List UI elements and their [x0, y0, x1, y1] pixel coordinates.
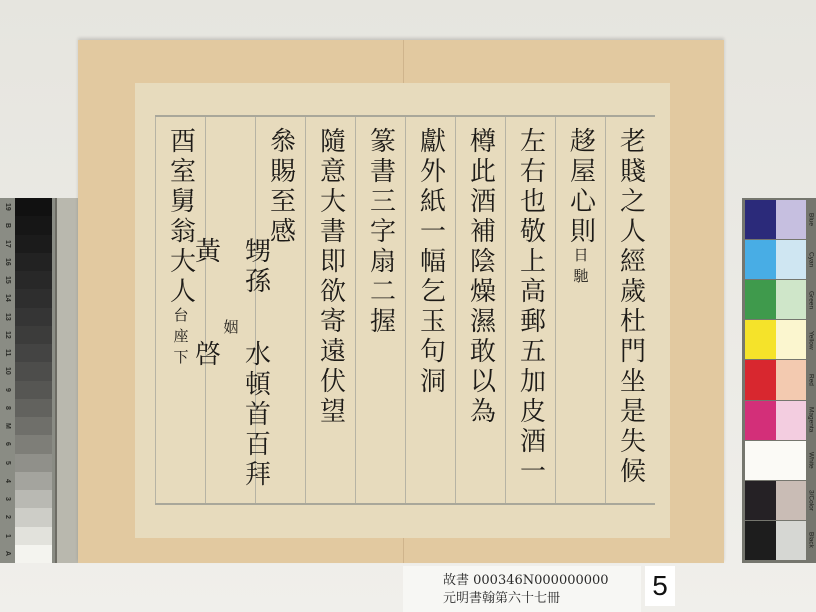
- color-patch-row-3-color: 3/Color: [745, 481, 816, 520]
- grayscale-label: 13: [0, 308, 15, 326]
- grayscale-patch: [15, 289, 52, 307]
- catalog-number: 故書 000346N000000000: [443, 572, 641, 590]
- grayscale-label: 17: [0, 235, 15, 253]
- calligraphy-small-text: 姻: [206, 319, 256, 340]
- ruled-column-grid: 老賤之人經歲杜門坐是失候趍屋心則日馳左右也敬上高郵五加皮酒一樽此酒補陰燥濕敢以為…: [155, 115, 655, 505]
- color-patch-row-white: White: [745, 441, 816, 480]
- color-patch-light: [776, 521, 806, 560]
- calligraphy-text: 獻外紙一幅乞玉句洞: [406, 127, 455, 397]
- color-patch-label: 3/Color: [806, 481, 816, 520]
- grayscale-patch: [15, 545, 52, 563]
- calligraphy-main-text: 叅賜至感: [256, 127, 306, 247]
- letter-column-1: 老賤之人經歲杜門坐是失候: [605, 117, 655, 503]
- grayscale-patch: [15, 472, 52, 490]
- grayscale-label: 16: [0, 253, 15, 271]
- color-patch-light: [776, 200, 806, 239]
- calligraphy-text: 老賤之人經歲杜門坐是失候: [606, 127, 655, 487]
- grayscale-patch: [15, 344, 52, 362]
- grayscale-calibration-bar: 19B171615141312111098M654321A: [0, 198, 55, 563]
- color-patch-light: [776, 240, 806, 279]
- page-number: 5: [645, 566, 675, 606]
- grayscale-patch: [15, 381, 52, 399]
- color-patch-label: Yellow: [806, 320, 816, 359]
- calligraphy-main-text: 左右也敬上高郵五加皮酒一: [506, 127, 556, 487]
- color-patch-light: [776, 441, 806, 480]
- color-patch-dark: [745, 320, 776, 359]
- calligraphy-main-text: 老賤之人經歲杜門坐是失候: [606, 127, 656, 487]
- color-patch-label: Blue: [806, 200, 816, 239]
- color-patch-dark: [745, 200, 776, 239]
- letter-column-2: 趍屋心則日馳: [555, 117, 605, 503]
- color-patch-dark: [745, 240, 776, 279]
- color-patch-light: [776, 481, 806, 520]
- letter-column-9: 甥孫黃姻水頓首百拜啓: [205, 117, 255, 503]
- color-patch-row-black: Black: [745, 521, 816, 560]
- grayscale-label: 12: [0, 326, 15, 344]
- grayscale-patch: [15, 216, 52, 234]
- grayscale-patch: [15, 308, 52, 326]
- calligraphy-text: 篆書三字扇二握: [356, 127, 405, 337]
- grayscale-label: 11: [0, 344, 15, 362]
- grayscale-label: 4: [0, 472, 15, 490]
- letter-column-3: 左右也敬上高郵五加皮酒一: [505, 117, 555, 503]
- letter-paper: 老賤之人經歲杜門坐是失候趍屋心則日馳左右也敬上高郵五加皮酒一樽此酒補陰燥濕敢以為…: [135, 83, 670, 538]
- grayscale-label: 19: [0, 198, 15, 216]
- grayscale-patch: [15, 417, 52, 435]
- color-patch-dark: [745, 481, 776, 520]
- color-patch-light: [776, 360, 806, 399]
- volume-title: 元明書翰第六十七冊: [443, 590, 641, 608]
- grayscale-label: B: [0, 216, 15, 234]
- color-patch-label: Cyan: [806, 240, 816, 279]
- calligraphy-main-text: 酉室舅翁大人: [156, 127, 206, 307]
- grayscale-patch: [15, 435, 52, 453]
- calligraphy-main-text: 樽此酒補陰燥濕敢以為: [456, 127, 506, 427]
- calligraphy-main-text: 隨意大書即欲寄遠伏望: [306, 127, 356, 427]
- calligraphy-text: 叅賜至感: [256, 127, 305, 247]
- grayscale-label: 5: [0, 454, 15, 472]
- color-patch-light: [776, 320, 806, 359]
- color-patch-row-blue: Blue: [745, 200, 816, 239]
- grayscale-label: 10: [0, 362, 15, 380]
- grayscale-label: 1: [0, 527, 15, 545]
- grayscale-label: M: [0, 417, 15, 435]
- calligraphy-text: 甥孫黃姻水頓首百拜啓: [206, 237, 255, 503]
- letter-column-5: 獻外紙一幅乞玉句洞: [405, 117, 455, 503]
- color-patch-label: Red: [806, 360, 816, 399]
- calligraphy-main-text: 篆書三字扇二握: [356, 127, 406, 337]
- color-patch-dark: [745, 360, 776, 399]
- grayscale-patch: [15, 508, 52, 526]
- color-patch-row-green: Green: [745, 280, 816, 319]
- grayscale-label: 3: [0, 490, 15, 508]
- grayscale-patch: [15, 490, 52, 508]
- grayscale-label: 15: [0, 271, 15, 289]
- color-patch-label: White: [806, 441, 816, 480]
- color-patch-light: [776, 401, 806, 440]
- calligraphy-text: 酉室舅翁大人台座下: [156, 127, 205, 370]
- grayscale-patches: [15, 198, 52, 563]
- catalog-caption-label: 故書 000346N000000000 元明書翰第六十七冊: [403, 566, 641, 612]
- album-mount: 老賤之人經歲杜門坐是失候趍屋心則日馳左右也敬上高郵五加皮酒一樽此酒補陰燥濕敢以為…: [78, 40, 724, 563]
- grayscale-label: 9: [0, 381, 15, 399]
- color-patch-label: Magenta: [806, 401, 816, 440]
- color-patch-label: Green: [806, 280, 816, 319]
- color-patch-row-yellow: Yellow: [745, 320, 816, 359]
- grayscale-label: 6: [0, 435, 15, 453]
- grayscale-patch: [15, 253, 52, 271]
- grayscale-patch: [15, 362, 52, 380]
- grayscale-patch: [15, 235, 52, 253]
- calligraphy-text: 左右也敬上高郵五加皮酒一: [506, 127, 555, 487]
- letter-column-4: 樽此酒補陰燥濕敢以為: [455, 117, 505, 503]
- color-patch-dark: [745, 401, 776, 440]
- calligraphy-main-text: 趍屋心則: [556, 127, 606, 247]
- color-patch-dark: [745, 441, 776, 480]
- grayscale-patch: [15, 527, 52, 545]
- grayscale-patch: [15, 326, 52, 344]
- calligraphy-text: 隨意大書即欲寄遠伏望: [306, 127, 355, 427]
- color-patch-row-red: Red: [745, 360, 816, 399]
- calligraphy-small-text: 台座下: [156, 307, 206, 370]
- gray-backing-board: [55, 198, 78, 563]
- grayscale-labels: 19B171615141312111098M654321A: [0, 198, 15, 563]
- letter-column-6: 篆書三字扇二握: [355, 117, 405, 503]
- letter-column-7: 隨意大書即欲寄遠伏望: [305, 117, 355, 503]
- color-patch-label: Black: [806, 521, 816, 560]
- color-calibration-chart: BlueCyanGreenYellowRedMagentaWhite3/Colo…: [742, 198, 816, 563]
- grayscale-label: 2: [0, 508, 15, 526]
- color-patch-light: [776, 280, 806, 319]
- color-patch-row-magenta: Magenta: [745, 401, 816, 440]
- grayscale-patch: [15, 454, 52, 472]
- calligraphy-text: 趍屋心則日馳: [556, 127, 605, 289]
- grayscale-patch: [15, 399, 52, 417]
- grayscale-label: A: [0, 545, 15, 563]
- grayscale-label: 14: [0, 289, 15, 307]
- grayscale-patch: [15, 271, 52, 289]
- calligraphy-main-text: 獻外紙一幅乞玉句洞: [406, 127, 456, 397]
- color-patch-row-cyan: Cyan: [745, 240, 816, 279]
- calligraphy-small-text: 日馳: [556, 247, 606, 289]
- color-patch-dark: [745, 280, 776, 319]
- calligraphy-text: 樽此酒補陰燥濕敢以為: [456, 127, 505, 427]
- grayscale-patch: [15, 198, 52, 216]
- grayscale-label: 8: [0, 399, 15, 417]
- color-patch-dark: [745, 521, 776, 560]
- letter-column-10: 酉室舅翁大人台座下: [155, 117, 205, 503]
